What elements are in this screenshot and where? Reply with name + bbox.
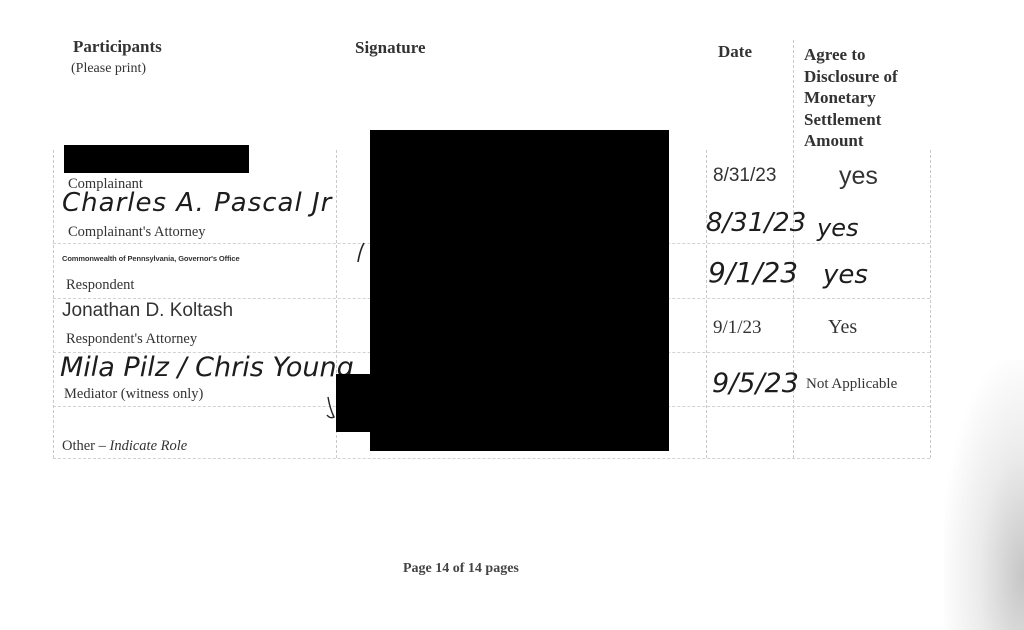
name-complainant-attorney: Charles A. Pascal Jr — [62, 188, 332, 218]
participants-header: Participants — [73, 37, 162, 57]
role-other: Other – Indicate Role — [62, 438, 187, 455]
grid-line — [53, 150, 54, 458]
agree-header-line: Disclosure of — [804, 66, 898, 88]
date-complainant: 8/31/23 — [713, 165, 776, 187]
agree-complainant: yes — [839, 162, 878, 191]
role-other-italic: Indicate Role — [110, 438, 188, 454]
date-header: Date — [718, 42, 752, 62]
participants-subheader: (Please print) — [71, 61, 146, 77]
role-respondent: Respondent — [66, 277, 134, 294]
role-respondent-attorney: Respondent's Attorney — [66, 331, 197, 348]
date-respondent-attorney: 9/1/23 — [713, 317, 762, 339]
redacted-complainant-name — [64, 145, 249, 173]
agree-header-line: Monetary — [804, 87, 898, 109]
signature-stroke — [324, 395, 340, 421]
date-mediator: 9/5/23 — [712, 368, 799, 399]
agree-mediator: Not Applicable — [806, 376, 897, 393]
name-respondent-attorney: Jonathan D. Koltash — [62, 300, 233, 322]
agree-header-line: Agree to — [804, 44, 898, 66]
name-mediator: Mila Pilz / Chris Young — [60, 352, 354, 383]
scan-shadow — [944, 360, 1024, 630]
grid-line — [53, 458, 930, 459]
date-respondent: 9/1/23 — [708, 256, 798, 289]
role-complainant-attorney: Complainant's Attorney — [68, 224, 206, 241]
agree-respondent: yes — [823, 260, 868, 290]
agree-header-line: Amount — [804, 130, 898, 152]
redacted-signatures — [370, 130, 669, 451]
agree-complainant-attorney: yes — [817, 214, 858, 242]
signature-header: Signature — [355, 38, 426, 58]
role-mediator: Mediator (witness only) — [64, 386, 203, 403]
grid-line — [930, 150, 931, 458]
grid-line — [706, 150, 707, 458]
agree-respondent-attorney: Yes — [828, 316, 857, 339]
agree-header: Agree to Disclosure of Monetary Settleme… — [804, 44, 898, 152]
role-other-prefix: Other – — [62, 438, 110, 454]
signature-stroke — [352, 240, 372, 270]
page-footer: Page 14 of 14 pages — [403, 561, 519, 577]
date-complainant-attorney: 8/31/23 — [706, 208, 806, 238]
redacted-signature-fragment — [336, 374, 372, 432]
name-respondent: Commonwealth of Pennsylvania, Governor's… — [62, 254, 240, 263]
agree-header-line: Settlement — [804, 109, 898, 131]
